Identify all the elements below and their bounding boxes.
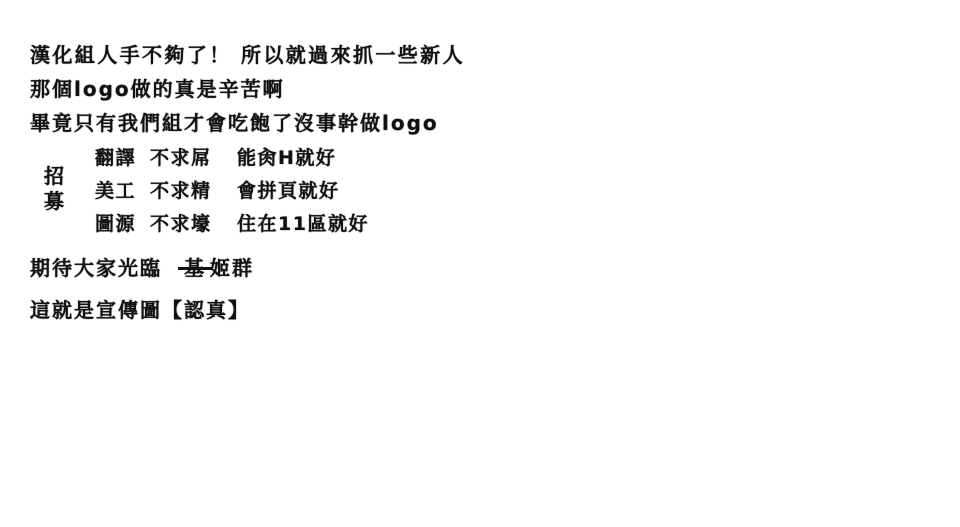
recruit-heading: 招 募 [44,164,68,214]
recruit-row-translator: 翻譯不求屌能肏H就好 [95,146,336,170]
condition: 住在11區就好 [237,213,369,235]
condition: 能肏H就好 [237,147,336,169]
recruit-row-artist: 美工不求精會拼頁就好 [95,179,340,203]
requirement: 不求屌 [150,146,237,170]
recruit-heading-top: 招 [44,164,68,189]
group-name: 姬群 [210,256,254,280]
intro-line-2: 那個logo做的真是辛苦啊 [30,77,285,101]
role: 翻譯 [95,146,150,170]
requirement: 不求壕 [150,212,237,236]
recruit-row-source: 圖源不求壕住在11區就好 [95,212,369,236]
role: 圖源 [95,212,150,236]
intro-line-1: 漢化組人手不夠了！ 所以就過來抓一些新人 [30,43,465,67]
footer-line: 這就是宣傳圖【認真】 [30,298,250,322]
role: 美工 [95,179,150,203]
recruit-heading-bottom: 募 [44,189,68,214]
requirement: 不求精 [150,179,237,203]
condition: 會拼頁就好 [237,180,340,202]
welcome-text: 期待大家光臨 [30,256,162,280]
intro-line-3: 畢竟只有我們組才會吃飽了沒事幹做logo [30,111,439,135]
welcome-line: 期待大家光臨基姬群 [30,256,254,280]
struck-character: 基 [184,256,206,280]
